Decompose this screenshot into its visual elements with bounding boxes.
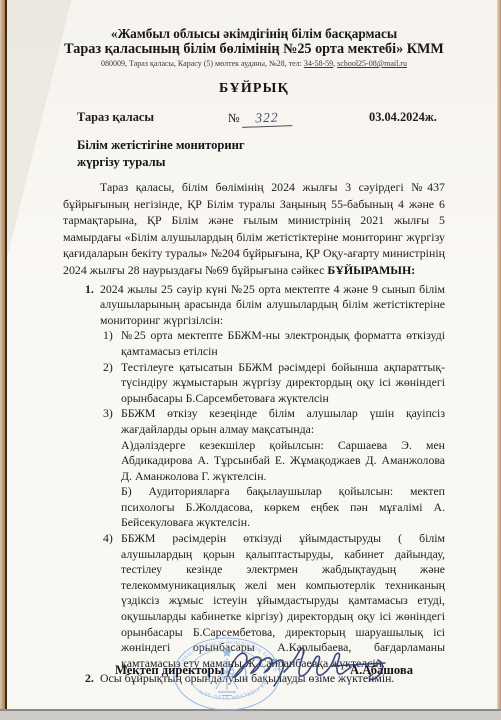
order-subject: Білім жетістігіне мониторинг жүргізу тур… (77, 137, 445, 171)
org-address: 080009, Тараз қаласы, Карасу (5) мөлтек … (101, 59, 304, 68)
doc-type-title: БҰЙРЫҚ (63, 81, 445, 98)
order-subitem-3: 3) ББЖМ өткізу кезеңінде білім алушылар … (63, 406, 445, 437)
scan-edge-left-line (5, 0, 7, 720)
org-email: school25-08@mail.ru (337, 59, 407, 68)
signatory-name: А.Абашова (350, 663, 413, 678)
org-name-line2: Тараз қаласының білім бөлімінің №25 орта… (63, 41, 445, 58)
subitem-marker: 3) (103, 406, 121, 437)
subject-line2: жүргізу туралы (77, 154, 445, 171)
order-meta-row: Тараз қаласы №322 03.04.2024ж. (63, 110, 445, 130)
subitem-marker: 2) (103, 360, 121, 407)
order-subitem-2: 2) Тестілеуге қатысатын ББЖМ рәсімдері б… (63, 360, 445, 407)
subitem-text: №25 орта мектепте ББЖМ-ны электрондық фо… (121, 328, 445, 359)
subitem-marker: 4) (103, 531, 121, 671)
scan-edge-right (497, 0, 501, 720)
subject-line1: Білім жетістігіне мониторинг (77, 137, 445, 154)
scanned-page: «Жамбыл облысы әкімдігінің білім басқарм… (0, 0, 501, 720)
number-sign: № (228, 111, 240, 125)
resolve-word: БҰЙЫРАМЫН: (327, 263, 415, 277)
org-phone: 34-58-59 (304, 59, 333, 68)
org-contact-line: 080009, Тараз қаласы, Карасу (5) мөлтек … (63, 59, 445, 69)
order-subitem-3b: Б) Аудиторияларға бақылаушылар қойылсын:… (121, 484, 445, 531)
signatory-role: Мектеп директоры (115, 663, 224, 678)
signature-block: Мектеп директоры А.Абашова (63, 663, 445, 683)
order-item-1: 1. 2024 жылы 25 сәуір күні №25 орта мект… (63, 282, 445, 329)
org-name-line1: «Жамбыл облысы әкімдігінің білім басқарм… (63, 26, 445, 41)
order-subitem-1: 1) №25 орта мектепте ББЖМ-ны электрондық… (63, 328, 445, 359)
order-preamble: Тараз қаласы, білім бөлімінің 2024 жылғы… (63, 179, 445, 279)
subitem-text: Тестілеуге қатысатын ББЖМ рәсімдері бойы… (121, 360, 445, 407)
subitem-text: ББЖМ өткізу кезеңінде білім алушылар үші… (121, 406, 445, 437)
item-text: 2024 жылы 25 сәуір күні №25 орта мектепт… (100, 282, 445, 329)
order-city: Тараз қаласы (77, 110, 154, 125)
order-date: 03.04.2024ж. (369, 110, 437, 125)
subitem-marker: 1) (103, 328, 121, 359)
handwritten-number: 322 (255, 110, 279, 126)
item-marker: 1. (85, 282, 100, 329)
number-underline: 322 (242, 109, 293, 128)
order-subitem-3a: А)дәліздерге кезекшілер қойылсын: Саршае… (121, 438, 445, 485)
order-number: №322 (228, 110, 292, 127)
document-body: «Жамбыл облысы әкімдігінің білім басқарм… (63, 0, 445, 687)
